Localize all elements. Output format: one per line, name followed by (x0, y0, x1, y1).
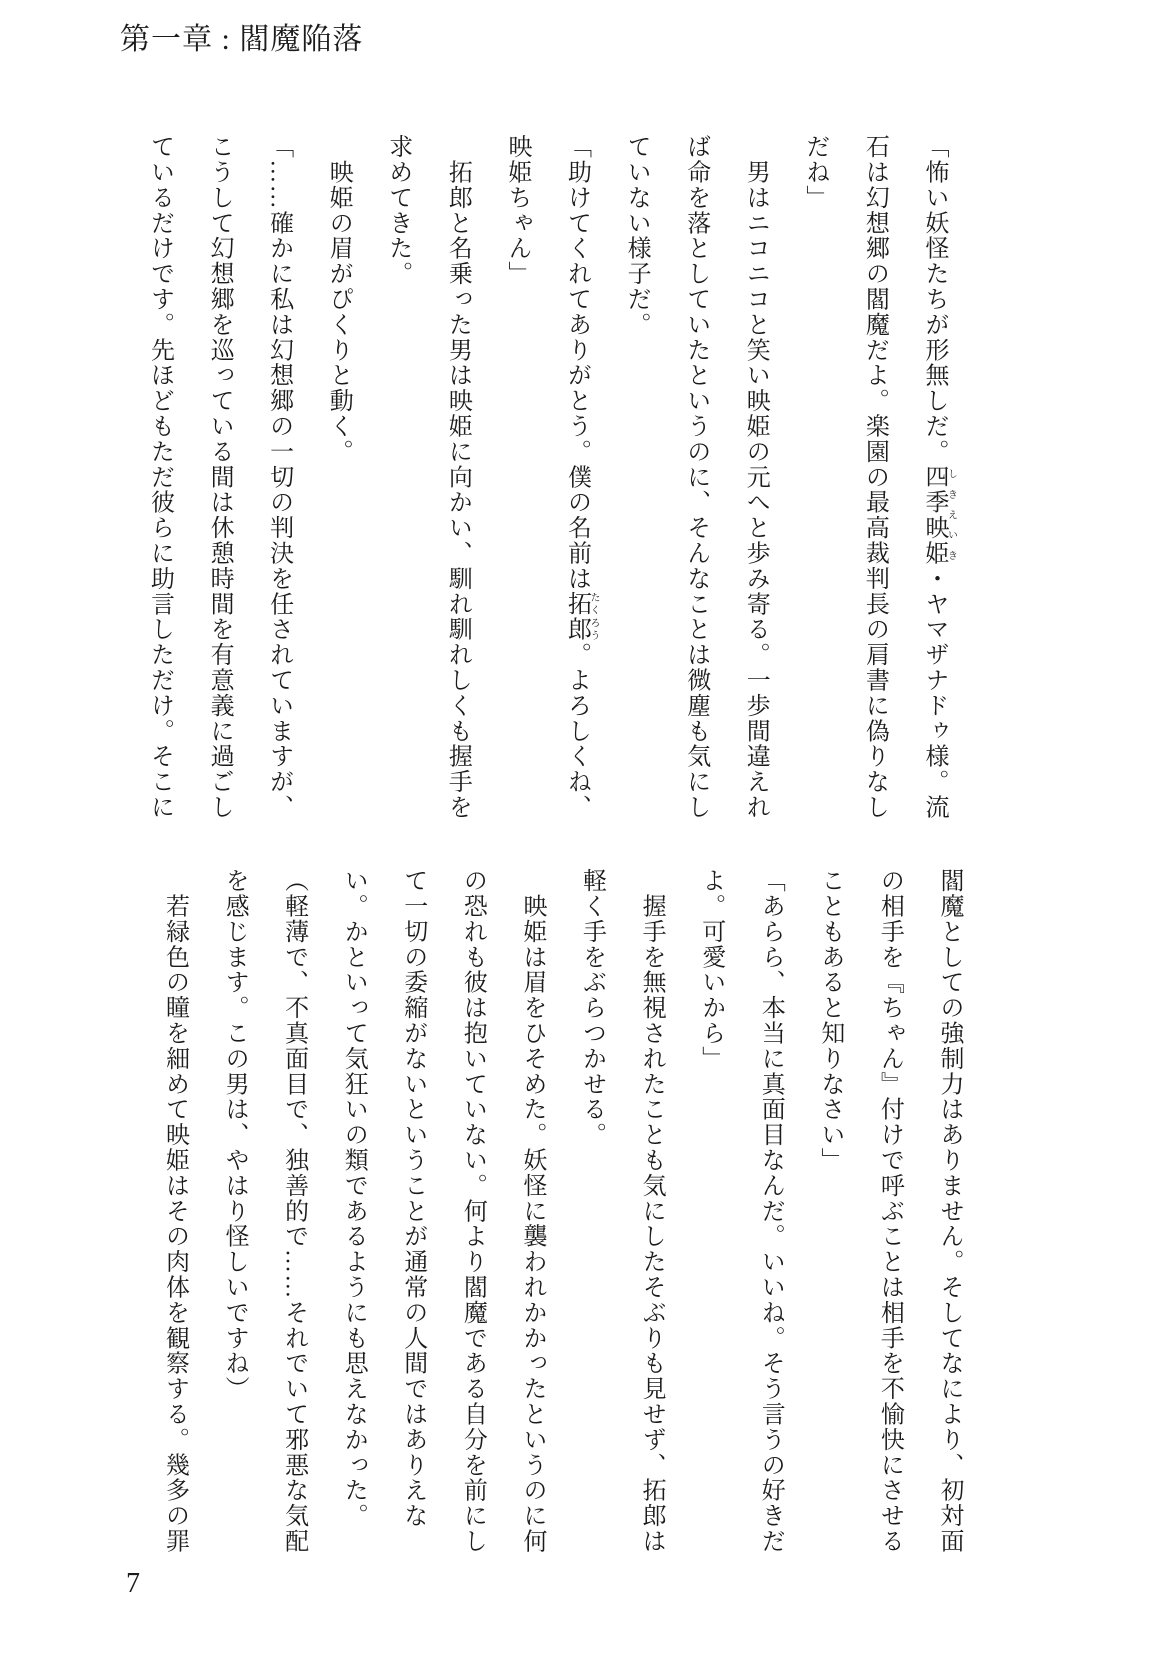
ruby-annotated-text: 拓郎たくろう (564, 591, 590, 642)
text-line: 「助けてくれてありがとう。僕の名前は拓郎たくろう。よろしくね、 (546, 134, 606, 826)
text-line: ば命を落としていたというのに、そんなことは微塵も気にし (665, 134, 725, 826)
text-line: 男はニコニコと笑い映姫の元へと歩み寄る。一歩間違えれ (725, 134, 785, 826)
page-number: 7 (126, 1568, 140, 1600)
text-line: こともあると知りなさい」 (799, 868, 859, 1560)
text-line: 拓郎と名乗った男は映姫に向かい、馴れ馴れしくも握手を (427, 134, 487, 826)
chapter-header: 第一章 : 閻魔陥落 (120, 14, 363, 58)
text-line: （軽薄で、不真面目で、独善的で……それでいて邪悪な気配 (263, 868, 323, 1560)
text-line: 「あらら、本当に真面目なんだ。いいね。そう言うの好きだ (740, 868, 800, 1560)
text-line: の恐れも彼は抱いていない。何より閻魔である自分を前にし (442, 868, 502, 1560)
furigana: たくろう (588, 591, 599, 642)
text-line: 握手を無視されたことも気にしたそぶりも見せず、拓郎は (621, 868, 681, 1560)
text-line: こうして幻想郷を巡っている間は休憩時間を有意義に過ごし (188, 134, 248, 826)
text-block-upper: 「怖い妖怪たちが形無しだ。四季映姫しきえいき・ヤマザナドゥ様。流石は幻想郷の閻魔… (129, 134, 963, 826)
text-line: を感じます。この男は、やはり怪しいですね） (203, 868, 263, 1560)
text-line: 映姫ちゃん」 (486, 134, 546, 826)
text-line: よ。可愛いから」 (680, 868, 740, 1560)
text-line: ているだけです。先ほどもただ彼らに助言しただけ。そこに (129, 134, 189, 826)
text-line: 「……確かに私は幻想郷の一切の判決を任されていますが、 (248, 134, 308, 826)
text-line: 映姫は眉をひそめた。妖怪に襲われかかったというのに何 (501, 868, 561, 1560)
text-line: だね」 (784, 134, 844, 826)
page: 第一章 : 閻魔陥落 「怖い妖怪たちが形無しだ。四季映姫しきえいき・ヤマザナドゥ… (0, 0, 1166, 1654)
text-line: 石は幻想郷の閻魔だよ。楽園の最高裁判長の肩書に偽りなし (844, 134, 904, 826)
text-line: 求めてきた。 (367, 134, 427, 826)
text-line: の相手を『ちゃん』付けで呼ぶことは相手を不愉快にさせる (859, 868, 919, 1560)
text-line: 映姫の眉がぴくりと動く。 (308, 134, 368, 826)
text-line: 若緑色の瞳を細めて映姫はその肉体を観察する。幾多の罪 (144, 868, 204, 1560)
text-line: い。かといって気狂いの類であるようにも思えなかった。 (323, 868, 383, 1560)
text-line: 閻魔としての強制力はありません。そしてなにより、初対面 (918, 868, 978, 1560)
text-line: 軽く手をぶらつかせる。 (561, 868, 621, 1560)
text-line: て一切の委縮がないということが通常の人間ではありえな (382, 868, 442, 1560)
ruby-annotated-text: 四季映姫しきえいき (921, 464, 947, 566)
text-line: 「怖い妖怪たちが形無しだ。四季映姫しきえいき・ヤマザナドゥ様。流 (903, 134, 963, 826)
text-block-lower: 閻魔としての強制力はありません。そしてなにより、初対面の相手を『ちゃん』付けで呼… (144, 868, 978, 1560)
text-line: ていない様子だ。 (606, 134, 666, 826)
furigana: しきえいき (946, 464, 957, 566)
